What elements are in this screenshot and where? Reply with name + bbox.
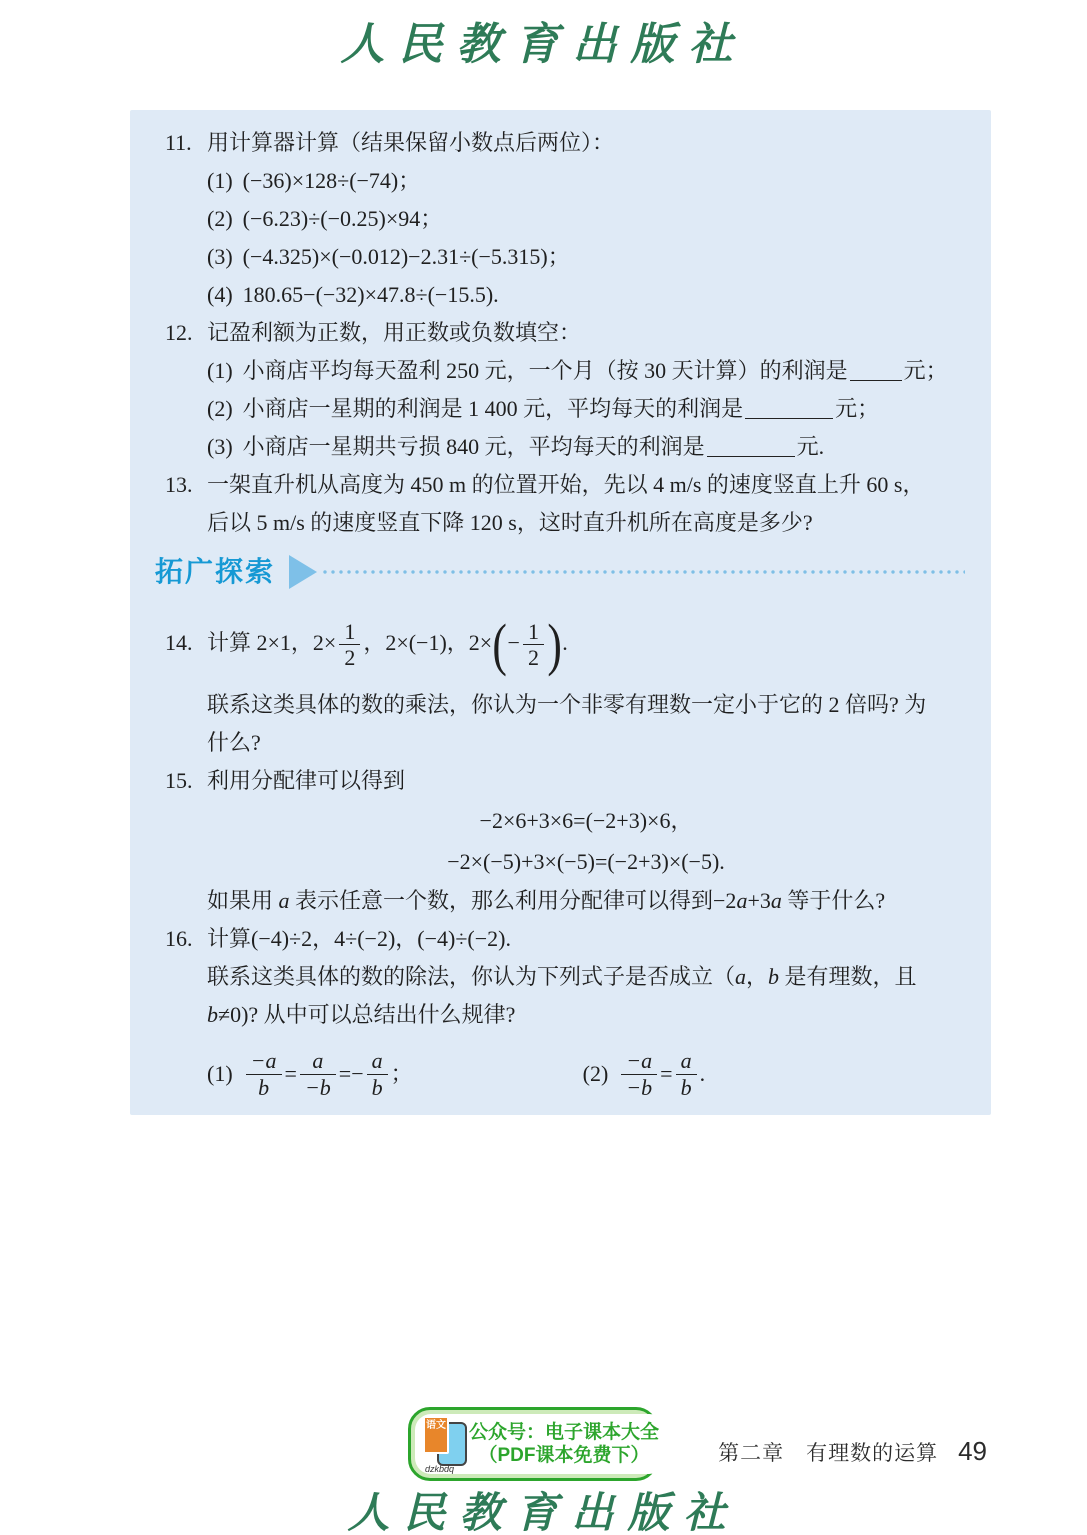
answer-blank (745, 399, 833, 419)
dotted-line (321, 570, 965, 574)
item-text: 元； (904, 358, 948, 383)
problem-number: 14. (165, 600, 207, 686)
item-text: 小商店一星期共亏损 840 元，平均每天的利润是 (243, 434, 705, 459)
badge-line1: 公众号：电子课本大全 (469, 1421, 659, 1444)
fraction-denominator: 2 (339, 645, 360, 670)
math-expression-line: 计算 2×1，2×12，2×(−1)，2×(−12). (207, 600, 965, 686)
problem-stem: 利用分配律可以得到 (207, 762, 965, 800)
item-label: (4) (207, 282, 233, 307)
fraction-denominator: b (676, 1075, 697, 1100)
problem-15: 15. 利用分配律可以得到 −2×6+3×6=(−2+3)×6， −2×(−5)… (165, 762, 965, 920)
item-label: (2) (583, 1034, 609, 1114)
problem-text-line: 后以 5 m/s 的速度竖直下降 120 s，这时直升机所在高度是多少? (207, 504, 965, 542)
exercise-box: 11. 用计算器计算（结果保留小数点后两位）： (1)(−36)×128÷(−7… (130, 110, 991, 1115)
publisher-logo-top: 人民教育出版社 (341, 8, 747, 72)
variable: a (279, 888, 290, 913)
equals-sign: = (660, 1034, 672, 1114)
section-header: 拓广探索 (155, 550, 965, 594)
fraction-numerator: a (300, 1048, 336, 1074)
text-part: 是有理数，且 (779, 964, 917, 989)
fraction-numerator: a (676, 1048, 697, 1074)
item-text: 元. (797, 434, 825, 459)
item-expression: (−6.23)÷(−0.25)×94； (243, 206, 443, 231)
item-label: (3) (207, 434, 233, 459)
punctuation: . (700, 1034, 706, 1114)
text-part: 如果用 (207, 888, 279, 913)
footer-chapter: 第二章 有理数的运算 (718, 1437, 938, 1467)
variable: a (771, 888, 782, 913)
fraction-denominator: b (367, 1075, 388, 1100)
fraction-numerator: −a (621, 1048, 657, 1074)
equals-minus-sign: =− (339, 1034, 364, 1114)
variable: a (735, 964, 746, 989)
answer-blank (850, 361, 902, 381)
problem-stem: 用计算器计算（结果保留小数点后两位）： (207, 124, 965, 162)
variable: b (207, 1002, 218, 1027)
item-expression: 180.65−(−32)×47.8÷(−15.5). (243, 282, 499, 307)
problem-text-line: 如果用 a 表示任意一个数，那么利用分配律可以得到−2a+3a 等于什么? (207, 882, 965, 920)
fraction: −ab (246, 1048, 282, 1100)
arrow-right-icon (289, 555, 317, 589)
fraction-numerator: a (367, 1048, 388, 1074)
problem-item: (2)(−6.23)÷(−0.25)×94； (207, 200, 965, 238)
fraction-numerator: −a (246, 1048, 282, 1074)
equation-line: −2×6+3×6=(−2+3)×6， (207, 800, 965, 841)
equals-sign: = (285, 1034, 297, 1114)
fraction: 12 (339, 619, 360, 671)
problem-14: 14. 计算 2×1，2×12，2×(−1)，2×(−12). 联系这类具体的数… (165, 600, 965, 762)
fraction-numerator: 1 (523, 619, 544, 645)
item-expression: (−36)×128÷(−74)； (243, 168, 421, 193)
item-text: 小商店一星期的利润是 1 400 元，平均每天的利润是 (243, 396, 744, 421)
item-label: (1) (207, 1034, 233, 1114)
badge-inner: 语文 dzkbdq 公众号：电子课本大全 （PDF课本免费下） (415, 1414, 665, 1474)
fraction: 12 (523, 619, 544, 671)
problem-number: 12. (165, 314, 207, 352)
item-text: 小商店平均每天盈利 250 元，一个月（按 30 天计算）的利润是 (243, 358, 848, 383)
page-footer: 第二章 有理数的运算 49 (718, 1436, 987, 1467)
text-part: ≠0)? 从中可以总结出什么规律? (218, 1002, 515, 1027)
equation-line: −2×(−5)+3×(−5)=(−2+3)×(−5). (207, 841, 965, 882)
fraction-denominator: 2 (523, 645, 544, 670)
problem-stem: 记盈利额为正数，用正数或负数填空： (207, 314, 965, 352)
problem-text-line: 联系这类具体的数的乘法，你认为一个非零有理数一定小于它的 2 倍吗? 为 (207, 686, 965, 724)
equation-item-1: (1) −ab = a−b =− ab ； (207, 1034, 413, 1114)
page: { "colors": { "box_background": "#dfeaf6… (0, 0, 1087, 1535)
problem-item: (1)小商店平均每天盈利 250 元，一个月（按 30 天计算）的利润是元； (207, 352, 965, 390)
section-title: 拓广探索 (155, 553, 275, 591)
fraction: ab (367, 1048, 388, 1100)
problem-13: 13. 一架直升机从高度为 450 m 的位置开始，先以 4 m/s 的速度竖直… (165, 466, 965, 542)
ebook-hand-phone-icon: 语文 dzkbdq (421, 1416, 469, 1472)
badge-text: 公众号：电子课本大全 （PDF课本免费下） (469, 1421, 659, 1467)
item-expression: (−4.325)×(−0.012)−2.31÷(−5.315)； (243, 244, 570, 269)
problem-text-line: 联系这类具体的数的除法，你认为下列式子是否成立（a，b 是有理数，且 (207, 958, 965, 996)
item-label: (2) (207, 396, 233, 421)
punctuation: ； (391, 1034, 413, 1114)
problem-item: (4)180.65−(−32)×47.8÷(−15.5). (207, 276, 965, 314)
text-part: 表示任意一个数，那么利用分配律可以得到−2 (290, 888, 737, 913)
problem-item: (1)(−36)×128÷(−74)； (207, 162, 965, 200)
problem-text-line: b≠0)? 从中可以总结出什么规律? (207, 996, 965, 1034)
text-part: ， (746, 964, 768, 989)
problem-item: (3)(−4.325)×(−0.012)−2.31÷(−5.315)； (207, 238, 965, 276)
problem-number: 15. (165, 762, 207, 800)
problem-number: 16. (165, 920, 207, 958)
expr-text: ，2×(−1)，2× (363, 630, 492, 655)
variable: a (736, 888, 747, 913)
answer-blank (707, 437, 795, 457)
problem-text-line: 什么? (207, 724, 965, 762)
problem-item: (3)小商店一星期共亏损 840 元，平均每天的利润是元. (207, 428, 965, 466)
problem-item: (2)小商店一星期的利润是 1 400 元，平均每天的利润是元； (207, 390, 965, 428)
item-text: 元； (835, 396, 879, 421)
fraction-denominator: −b (621, 1075, 657, 1100)
problem-text-line: 一架直升机从高度为 450 m 的位置开始，先以 4 m/s 的速度竖直上升 6… (207, 466, 965, 504)
fraction-denominator: b (246, 1075, 282, 1100)
problem-number: 13. (165, 466, 207, 504)
expr-text: 计算 2×1，2× (207, 630, 336, 655)
badge-icon-caption: dzkbdq (425, 1464, 454, 1474)
problem-11: 11. 用计算器计算（结果保留小数点后两位）： (1)(−36)×128÷(−7… (165, 124, 965, 314)
problem-text-line: 计算(−4)÷2，4÷(−2)，(−4)÷(−2). (207, 920, 965, 958)
wechat-badge: 语文 dzkbdq 公众号：电子课本大全 （PDF课本免费下） (408, 1407, 658, 1481)
textbook-icon: 语文 (423, 1416, 449, 1454)
publisher-logo-bottom: 人民教育出版社 (347, 1480, 739, 1535)
item-label: (3) (207, 244, 233, 269)
item-label: (1) (207, 168, 233, 193)
expr-text: . (562, 630, 568, 655)
footer-page-number: 49 (958, 1436, 987, 1467)
fraction: −a−b (621, 1048, 657, 1100)
fraction-denominator: −b (300, 1075, 336, 1100)
problem-number: 11. (165, 124, 207, 162)
text-part: +3 (747, 888, 770, 913)
fraction: ab (676, 1048, 697, 1100)
problem-16: 16. 计算(−4)÷2，4÷(−2)，(−4)÷(−2). 联系这类具体的数的… (165, 920, 965, 1114)
text-part: 联系这类具体的数的除法，你认为下列式子是否成立（ (207, 964, 735, 989)
problem-12: 12. 记盈利额为正数，用正数或负数填空： (1)小商店平均每天盈利 250 元… (165, 314, 965, 466)
equation-item-2: (2) −a−b = ab . (583, 1034, 705, 1114)
fraction-numerator: 1 (339, 619, 360, 645)
fraction: a−b (300, 1048, 336, 1100)
badge-line2: （PDF课本免费下） (469, 1444, 659, 1467)
fraction-equation-row: (1) −ab = a−b =− ab ； (2) −a−b = ab . (207, 1034, 965, 1114)
item-label: (1) (207, 358, 233, 383)
variable: b (768, 964, 779, 989)
text-part: 等于什么? (782, 888, 885, 913)
item-label: (2) (207, 206, 233, 231)
expr-text: − (508, 630, 520, 655)
